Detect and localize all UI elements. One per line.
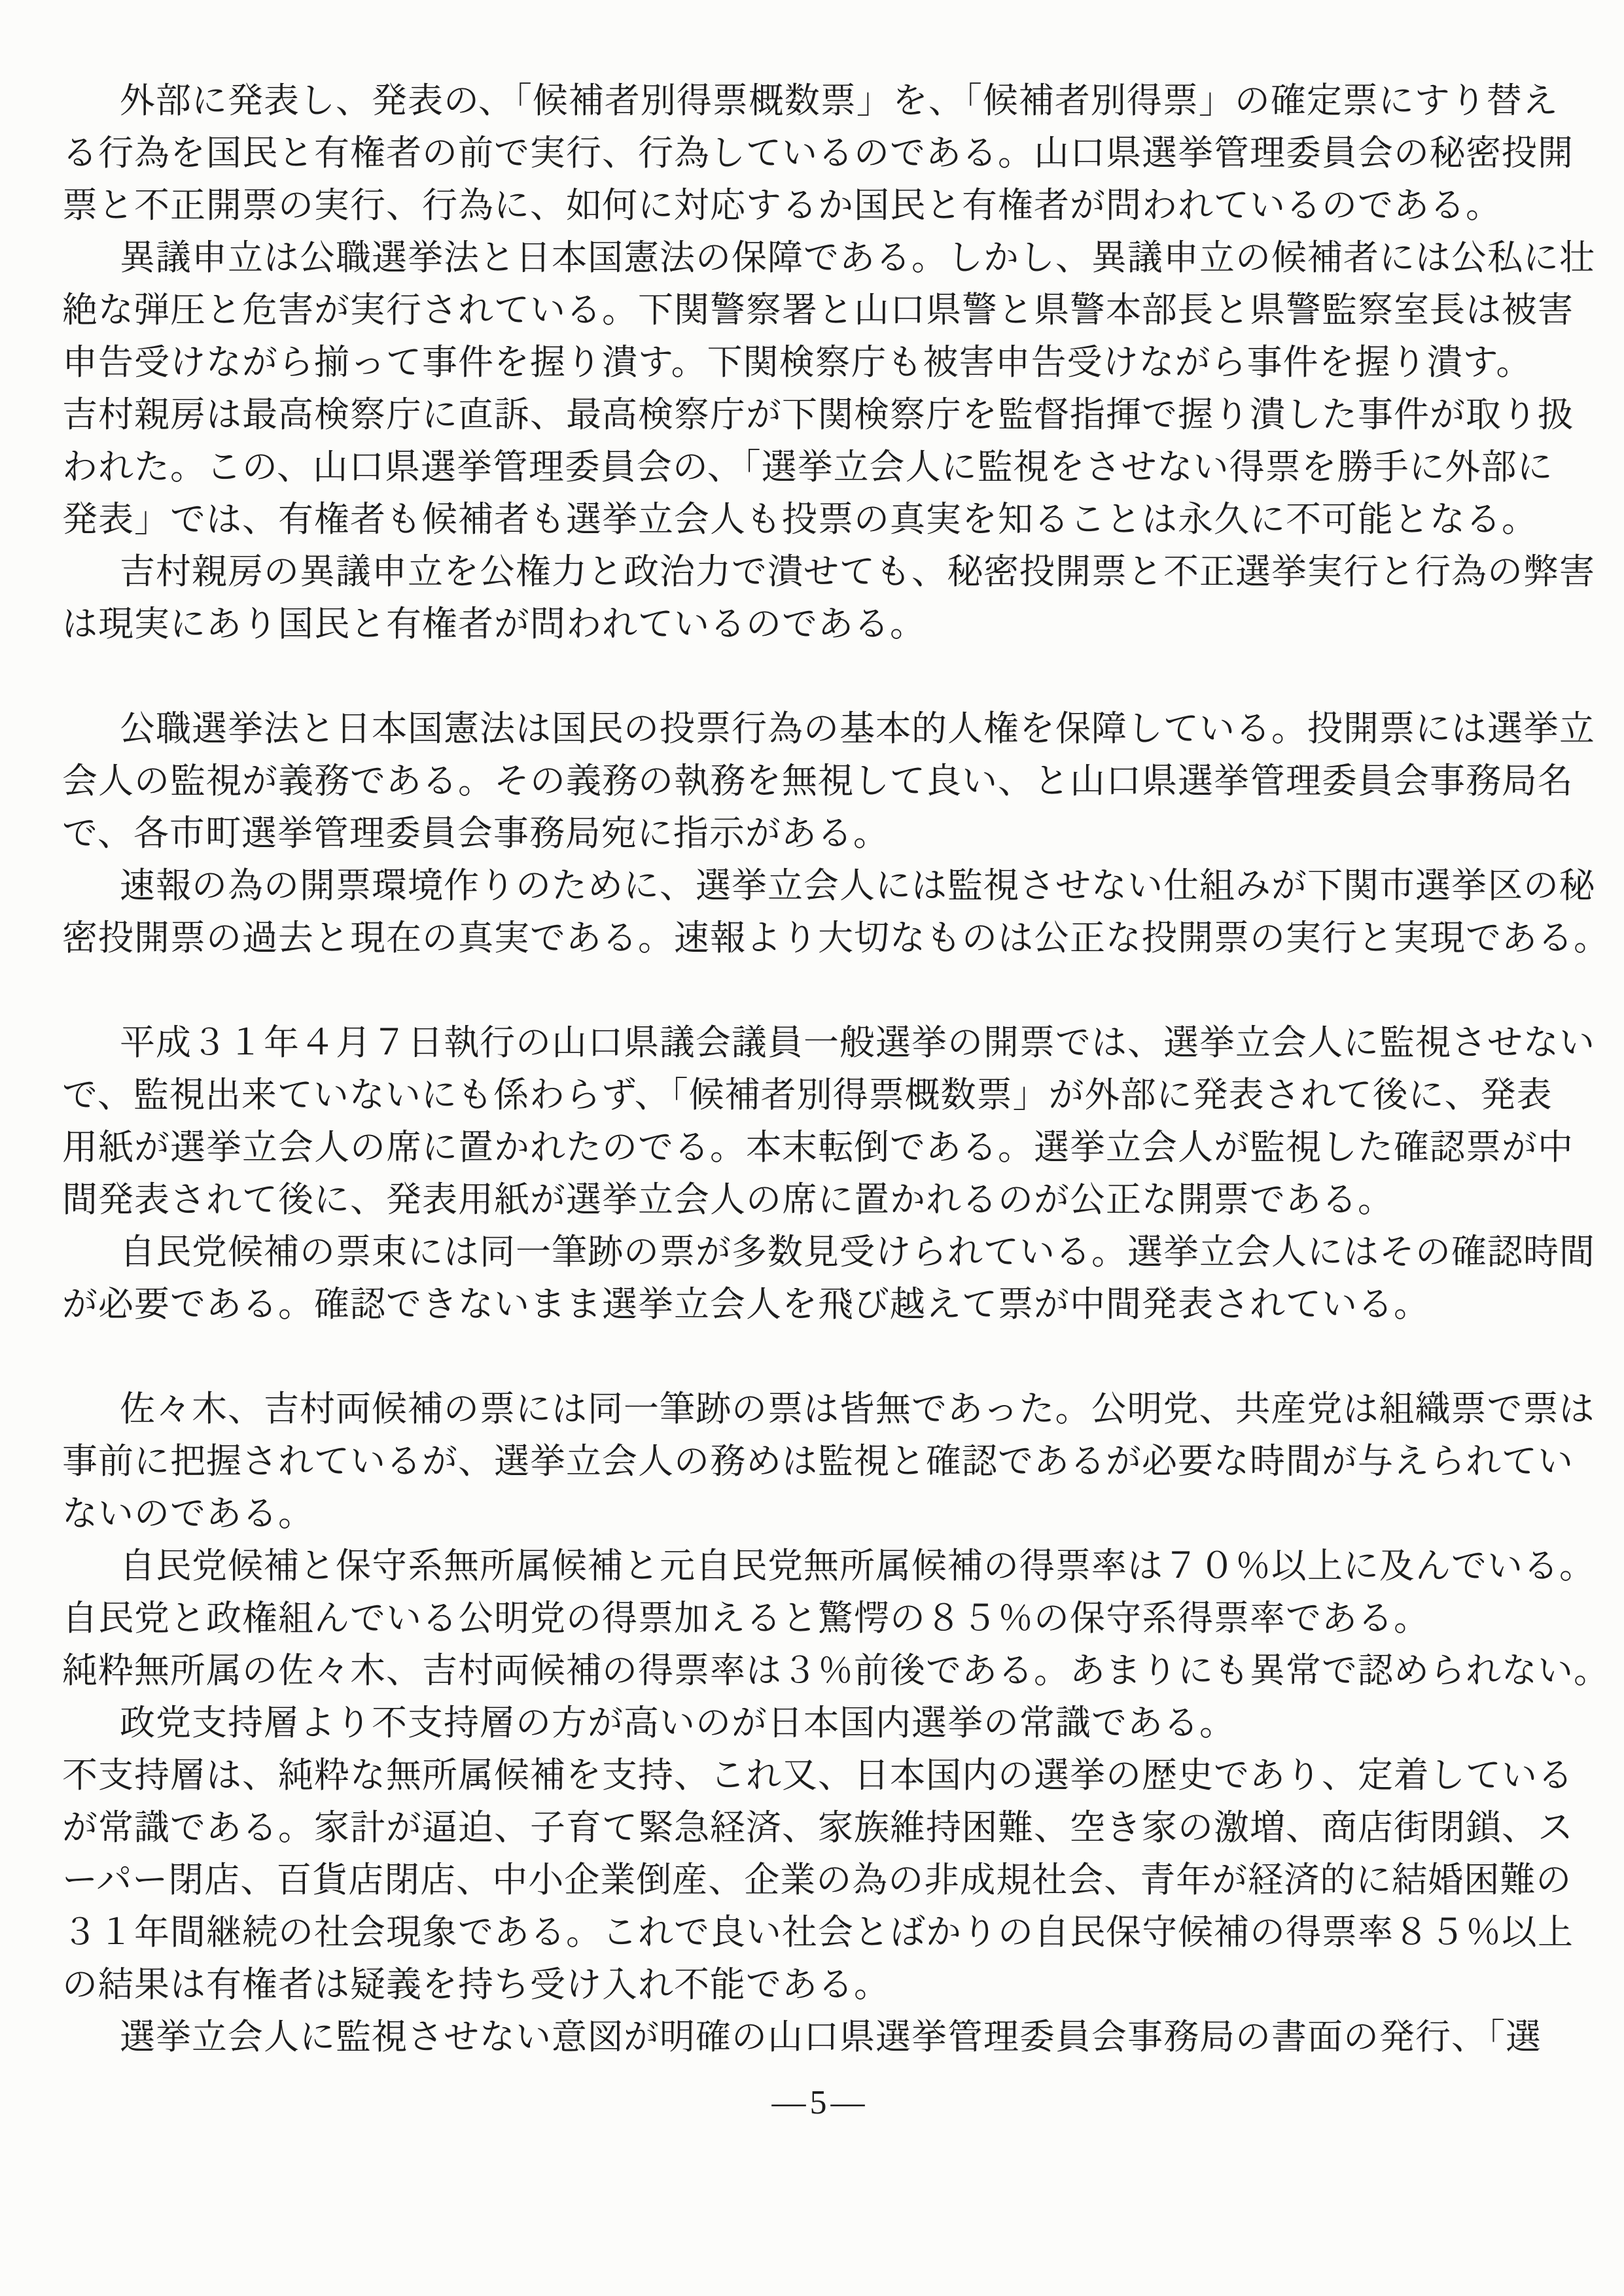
text-line: 自民党候補と保守系無所属候補と元自民党無所属候補の得票率は７０％以上に及んでいる…	[62, 1540, 1578, 1592]
text-line: 自民党と政権組んでいる公明党の得票加えると驚愕の８５％の保守系得票率である。	[62, 1592, 1578, 1644]
text-line: 発表」では、有権者も候補者も選挙立会人も投票の真実を知ることは永久に不可能となる…	[62, 493, 1578, 546]
text-line: ３１年間継続の社会現象である。これで良い社会とばかりの自民保守候補の得票率８５％…	[62, 1906, 1578, 1958]
text-line: が必要である。確認できないまま選挙立会人を飛び越えて票が中間発表されている。	[62, 1278, 1578, 1331]
document-page: 外部に発表し、発表の、「候補者別得票概数票」を、「候補者別得票」の確定票にすり替…	[0, 0, 1624, 2296]
text-line: 佐々木、吉村両候補の票には同一筆跡の票は皆無であった。公明党、共産党は組織票で票…	[62, 1383, 1578, 1435]
text-line: 用紙が選挙立会人の席に置かれたのでる。本末転倒である。選挙立会人が監視した確認票…	[62, 1121, 1578, 1174]
text-line: 公職選挙法と日本国憲法は国民の投票行為の基本的人権を保障している。投開票には選挙…	[62, 703, 1578, 755]
text-line: 絶な弾圧と危害が実行されている。下関警察署と山口県警と県警本部長と県警監察室長は…	[62, 284, 1578, 336]
text-line: は現実にあり国民と有権者が問われているのである。	[62, 598, 1578, 650]
text-line: が常識である。家計が逼迫、子育て緊急経済、家族維持困難、空き家の激増、商店街閉鎖…	[62, 1801, 1578, 1854]
text-line: る行為を国民と有権者の前で実行、行為しているのである。山口県選挙管理委員会の秘密…	[62, 127, 1578, 179]
document-text-block: 外部に発表し、発表の、「候補者別得票概数票」を、「候補者別得票」の確定票にすり替…	[0, 0, 1624, 2126]
text-line: 不支持層は、純粋な無所属候補を支持、これ又、日本国内の選挙の歴史であり、定着して…	[62, 1749, 1578, 1801]
text-line: 平成３１年４月７日執行の山口県議会議員一般選挙の開票では、選挙立会人に監視させな…	[62, 1017, 1578, 1069]
text-line: 会人の監視が義務である。その義務の執務を無視して良い、と山口県選挙管理委員会事務…	[62, 755, 1578, 807]
text-line: 自民党候補の票束には同一筆跡の票が多数見受けられている。選挙立会人にはその確認時…	[62, 1226, 1578, 1278]
text-line: われた。この、山口県選挙管理委員会の、「選挙立会人に監視をさせない得票を勝手に外…	[62, 441, 1578, 493]
text-line: 選挙立会人に監視させない意図が明確の山口県選挙管理委員会事務局の書面の発行、「選	[62, 2011, 1578, 2063]
text-line: で、各市町選挙管理委員会事務局宛に指示がある。	[62, 807, 1578, 860]
text-line: 純粋無所属の佐々木、吉村両候補の得票率は３％前後である。あまりにも異常で認められ…	[62, 1644, 1578, 1697]
text-line: 政党支持層より不支持層の方が高いのが日本国内選挙の常識である。	[62, 1697, 1578, 1749]
text-line: ないのである。	[62, 1487, 1578, 1540]
text-line: 間発表されて後に、発表用紙が選挙立会人の席に置かれるのが公正な開票である。	[62, 1174, 1578, 1226]
text-line: 異議申立は公職選挙法と日本国憲法の保障である。しかし、異議申立の候補者には公私に…	[62, 232, 1578, 284]
text-line: 事前に把握されているが、選挙立会人の務めは監視と確認であるが必要な時間が与えられ…	[62, 1435, 1578, 1487]
page-number: ―5―	[62, 2080, 1578, 2126]
text-line: 速報の為の開票環境作りのために、選挙立会人には監視させない仕組みが下関市選挙区の…	[62, 860, 1578, 912]
text-line: 票と不正開票の実行、行為に、如何に対応するか国民と有権者が問われているのである。	[62, 179, 1578, 232]
text-line: ーパー閉店、百貨店閉店、中小企業倒産、企業の為の非成規社会、青年が経済的に結婚困…	[62, 1854, 1578, 1906]
text-line: 密投開票の過去と現在の真実である。速報より大切なものは公正な投開票の実行と実現で…	[62, 912, 1578, 964]
text-line: 申告受けながら揃って事件を握り潰す。下関検察庁も被害申告受けながら事件を握り潰す…	[62, 336, 1578, 389]
text-line: の結果は有権者は疑義を持ち受け入れ不能である。	[62, 1958, 1578, 2011]
text-line: で、監視出来ていないにも係わらず、「候補者別得票概数票」が外部に発表されて後に、…	[62, 1069, 1578, 1121]
text-line: 吉村親房の異議申立を公権力と政治力で潰せても、秘密投開票と不正選挙実行と行為の弊…	[62, 546, 1578, 598]
blank-line	[62, 964, 1578, 1017]
blank-line	[62, 1331, 1578, 1383]
blank-line	[62, 650, 1578, 703]
text-line: 外部に発表し、発表の、「候補者別得票概数票」を、「候補者別得票」の確定票にすり替…	[62, 75, 1578, 127]
text-line: 吉村親房は最高検察庁に直訴、最高検察庁が下関検察庁を監督指揮で握り潰した事件が取…	[62, 389, 1578, 441]
